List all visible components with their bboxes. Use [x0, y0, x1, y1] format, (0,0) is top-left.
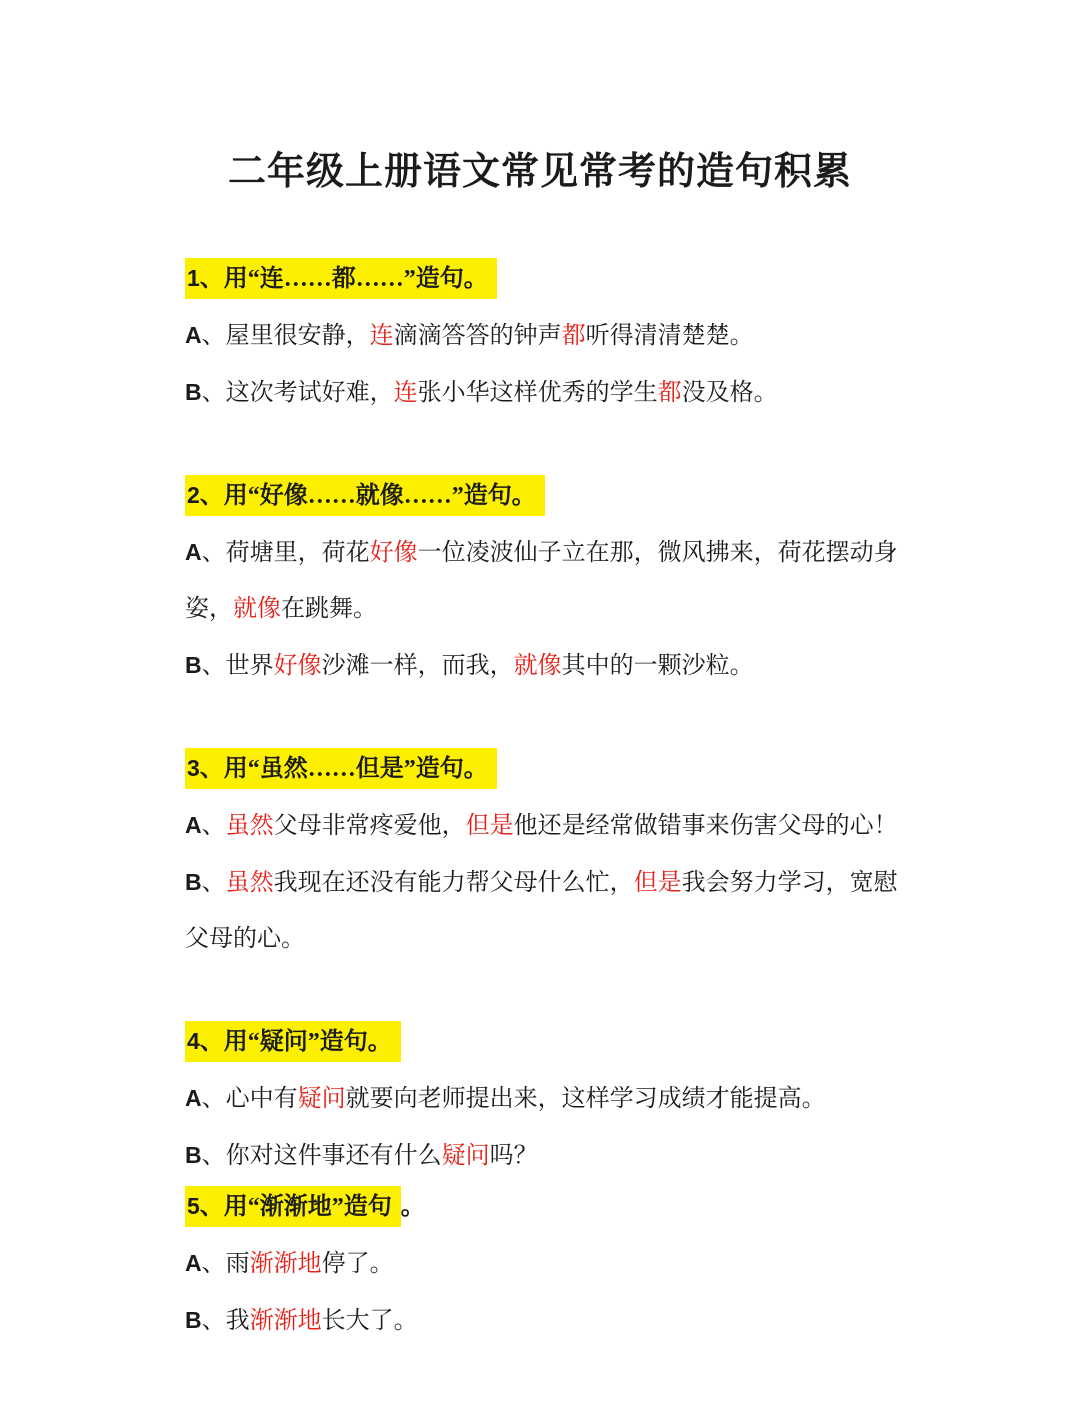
- sentence-text: 滴滴答答的钟声: [394, 323, 562, 349]
- sentence-1-B: B、这次考试好难，连张小华这样优秀的学生都没及格。: [185, 364, 911, 421]
- sentence-text: 、你对这件事还有什么: [202, 1143, 442, 1169]
- sentence-text: 听得清清楚楚。: [586, 323, 754, 349]
- sentence-4-B: B、你对这件事还有什么疑问吗？: [185, 1127, 911, 1184]
- sentence-text: 吗？: [490, 1143, 538, 1169]
- keyword-red: 就像: [514, 653, 562, 679]
- section-heading-row: 5、用“渐渐地”造句。: [185, 1186, 911, 1227]
- sentence-text: 在跳舞。: [281, 596, 377, 622]
- sentence-text: 其中的一颗沙粒。: [562, 653, 754, 679]
- section-3: 3、用“虽然……但是”造句。A、虽然父母非常疼爱他，但是他还是经常做错事来伤害父…: [185, 748, 911, 967]
- sentence-2-B: B、世界好像沙滩一样，而我，就像其中的一颗沙粒。: [185, 637, 911, 694]
- section-number: 2: [187, 482, 200, 508]
- sentence-label: B: [185, 1307, 202, 1333]
- section-heading-row: 2、用“好像……就像……”造句。: [185, 475, 911, 516]
- sentence-text: 、屋里很安静，: [202, 323, 370, 349]
- keyword-red: 连: [370, 323, 394, 349]
- sentence-text: 沙滩一样，而我，: [322, 653, 514, 679]
- sentence-label: B: [185, 652, 202, 678]
- section-heading-text: 、用“好像……就像……”造句。: [200, 483, 536, 509]
- section-heading-text: 、用“疑问”造句。: [200, 1029, 392, 1055]
- section-number: 1: [187, 265, 200, 291]
- sentence-label: B: [185, 869, 202, 895]
- sentence-5-A: A、雨渐渐地停了。: [185, 1235, 911, 1292]
- keyword-red: 好像: [274, 653, 322, 679]
- section-heading-text: 、用“渐渐地”造句: [200, 1194, 392, 1220]
- section-heading-text: 、用“虽然……但是”造句。: [200, 756, 488, 782]
- sentence-label: A: [185, 812, 202, 838]
- section-heading-row: 1、用“连……都……”造句。: [185, 258, 911, 299]
- sentence-label: B: [185, 1142, 202, 1168]
- section-4: 4、用“疑问”造句。A、心中有疑问就要向老师提出来，这样学习成绩才能提高。B、你…: [185, 1021, 911, 1184]
- sections-container: 1、用“连……都……”造句。A、屋里很安静，连滴滴答答的钟声都听得清清楚楚。B、…: [185, 258, 911, 1349]
- sentence-text: 长大了。: [322, 1308, 418, 1334]
- sentence-3-B: B、虽然我现在还没有能力帮父母什么忙，但是我会努力学习，宽慰父母的心。: [185, 854, 911, 967]
- sentence-4-A: A、心中有疑问就要向老师提出来，这样学习成绩才能提高。: [185, 1070, 911, 1127]
- worksheet-page: 二年级上册语文常见常考的造句积累 1、用“连……都……”造句。A、屋里很安静，连…: [0, 0, 1080, 1410]
- sentence-text: 父母非常疼爱他，: [274, 813, 466, 839]
- sentence-text: 、我: [202, 1308, 250, 1334]
- sentence-label: A: [185, 322, 202, 348]
- sentence-text: 、心中有: [202, 1086, 298, 1112]
- section-heading-row: 3、用“虽然……但是”造句。: [185, 748, 911, 789]
- section-number: 4: [187, 1028, 200, 1054]
- sentence-text: 、荷塘里，荷花: [202, 540, 370, 566]
- sentence-label: A: [185, 1250, 202, 1276]
- section-heading-row: 4、用“疑问”造句。: [185, 1021, 911, 1062]
- section-heading-text: 、用“连……都……”造句。: [200, 266, 488, 292]
- sentence-2-A: A、荷塘里，荷花好像一位凌波仙子立在那，微风拂来，荷花摆动身姿，就像在跳舞。: [185, 524, 911, 637]
- section-number: 3: [187, 755, 200, 781]
- sentence-text: 张小华这样优秀的学生: [418, 380, 658, 406]
- section-heading-highlight: 4、用“疑问”造句。: [185, 1021, 401, 1062]
- keyword-red: 都: [658, 380, 682, 406]
- keyword-red: 连: [394, 380, 418, 406]
- sentence-label: B: [185, 379, 202, 405]
- section-1: 1、用“连……都……”造句。A、屋里很安静，连滴滴答答的钟声都听得清清楚楚。B、…: [185, 258, 911, 421]
- keyword-red: 但是: [634, 870, 682, 896]
- section-heading-tail: 。: [401, 1194, 425, 1220]
- section-heading-highlight: 3、用“虽然……但是”造句。: [185, 748, 497, 789]
- keyword-red: 好像: [370, 540, 418, 566]
- sentence-text: 、: [202, 813, 226, 839]
- section-2: 2、用“好像……就像……”造句。A、荷塘里，荷花好像一位凌波仙子立在那，微风拂来…: [185, 475, 911, 694]
- sentence-1-A: A、屋里很安静，连滴滴答答的钟声都听得清清楚楚。: [185, 307, 911, 364]
- sentence-text: 我现在还没有能力帮父母什么忙，: [274, 870, 634, 896]
- sentence-3-A: A、虽然父母非常疼爱他，但是他还是经常做错事来伤害父母的心！: [185, 797, 911, 854]
- section-heading-highlight: 2、用“好像……就像……”造句。: [185, 475, 545, 516]
- keyword-red: 就像: [233, 596, 281, 622]
- sentence-label: A: [185, 1085, 202, 1111]
- sentence-text: 没及格。: [682, 380, 778, 406]
- section-heading-highlight: 1、用“连……都……”造句。: [185, 258, 497, 299]
- sentence-text: 、世界: [202, 653, 274, 679]
- section-heading-highlight: 5、用“渐渐地”造句: [185, 1186, 401, 1227]
- sentence-text: 、这次考试好难，: [202, 380, 394, 406]
- sentence-label: A: [185, 539, 202, 565]
- sentence-5-B: B、我渐渐地长大了。: [185, 1292, 911, 1349]
- keyword-red: 都: [562, 323, 586, 349]
- sentence-text: 、: [202, 870, 226, 896]
- section-5: 5、用“渐渐地”造句。A、雨渐渐地停了。B、我渐渐地长大了。: [185, 1186, 911, 1349]
- sentence-text: 、雨: [202, 1251, 250, 1277]
- keyword-red: 但是: [466, 813, 514, 839]
- keyword-red: 渐渐地: [250, 1251, 322, 1277]
- section-number: 5: [187, 1193, 200, 1219]
- keyword-red: 虽然: [226, 870, 274, 896]
- keyword-red: 虽然: [226, 813, 274, 839]
- page-title: 二年级上册语文常见常考的造句积累: [0, 148, 1080, 196]
- sentence-text: 停了。: [322, 1251, 394, 1277]
- sentence-text: 就要向老师提出来，这样学习成绩才能提高。: [346, 1086, 826, 1112]
- keyword-red: 疑问: [442, 1143, 490, 1169]
- keyword-red: 疑问: [298, 1086, 346, 1112]
- sentence-text: 他还是经常做错事来伤害父母的心！: [514, 813, 898, 839]
- keyword-red: 渐渐地: [250, 1308, 322, 1334]
